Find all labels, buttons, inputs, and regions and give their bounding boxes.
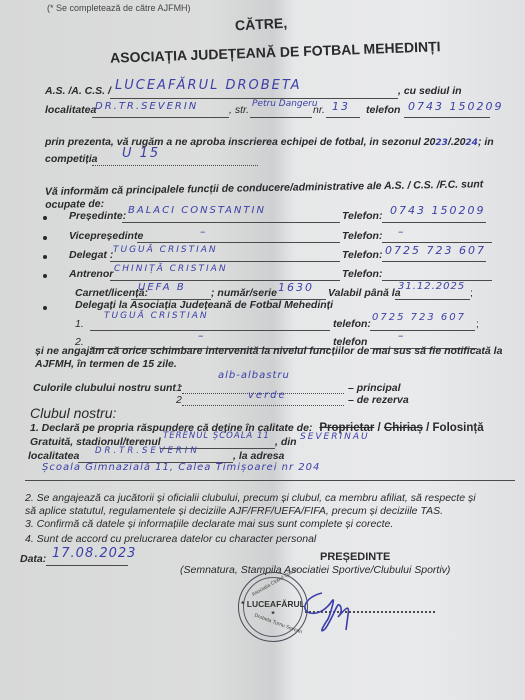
commitment-line-2: AJFMH, în termen de 15 zile. [35,358,177,370]
locality-label: localitatea [45,104,96,116]
delegate-1-index: 1. [75,318,84,330]
from-field[interactable]: SEVERINAU [300,432,370,442]
valid-until-field[interactable]: 31.12.2025 [398,281,465,292]
competition-field[interactable]: U 15 [122,146,160,161]
declaration-4: 4. Sunt de accord cu prelucrarea datelor… [25,533,316,545]
season-separator: /.20 [448,136,466,148]
request-text-after: ; in [478,136,494,148]
as-label: A.S. /A. C.S. / [45,85,111,97]
vice-president-phone-field[interactable]: – [398,225,406,238]
colors-reserve-field[interactable]: verde [248,390,287,401]
president-name-field[interactable]: BALACI CONSTANTIN [128,205,266,216]
role-coach: Antrenor [69,268,113,280]
declaration-2-line-2: să aplice statutul, regulamentele și dec… [25,505,443,517]
from-label: , din [275,436,297,448]
club-section-title: Clubul nostru: [30,405,116,421]
colors-primary-label: – principal [348,382,401,394]
option-separator: / [374,422,384,434]
season-start-field[interactable]: 23 [435,138,448,148]
president-phone-label: Telefon: [342,210,382,222]
delegate-1-name-field[interactable]: TUGUĂ CRISTIAN [104,311,209,321]
license-field[interactable]: UEFA B [138,282,186,293]
president-signature-label: PREȘEDINTE [320,551,390,563]
role-delegate: Delegat : [69,249,113,261]
declaration-2-line-1: 2. Se angajează ca jucătorii și oficiali… [25,492,476,504]
delegate-name-field[interactable]: TUGUĂ CRISTIAN [113,245,218,255]
stadium-field[interactable]: TERENUL ȘCOALA 11 [163,431,270,441]
delegates-title: Delegați la Asociația Județeană de Fotba… [75,299,333,311]
delegate-2-name-field[interactable]: – [198,329,206,342]
valid-end: ; [470,287,473,299]
club-stamp: Asociația Clubul Sportiv * LUCEAFĂRUL * … [238,572,308,642]
locality-2-label: localitatea [28,450,79,462]
serial-field[interactable]: 1630 [278,281,314,294]
coach-phone-label: Telefon: [342,268,382,280]
colors-label: Culorile clubului nostru sunt : [33,382,182,394]
colors-primary-field[interactable]: alb-albastru [218,370,290,381]
street-label: , str. [229,104,249,116]
date-label: Data: [20,553,46,565]
valid-until-label: Valabil până la [328,287,401,299]
signature-caption: (Semnatura, Stampila Asociatiei Sportive… [180,564,450,576]
recipient-label: CĂTRE, [235,15,288,34]
season-end-field[interactable]: 24 [465,138,478,148]
delegate-1-phone-field[interactable]: 0725 723 607 [372,312,466,323]
role-president: Președinte: [69,210,126,222]
delegate-phone-label: Telefon: [342,249,382,261]
number-field[interactable]: 13 [332,100,350,113]
club-name-field[interactable]: LUCEAFĂRUL DROBETA [115,78,302,93]
address-field[interactable]: Școala Gimnazială 11, Calea Timișoarei n… [42,462,320,473]
number-label: nr. [313,104,325,116]
header-note: (* Se completează de către AJFMH) [47,3,191,13]
competition-label: competiția [45,153,98,165]
request-text-before: prin prezenta, vă rugăm a ne aproba insc… [45,136,435,148]
option-separator: / [423,422,433,434]
option-free-use: Folosință [433,422,484,434]
delegate-2-phone-field[interactable]: – [398,329,406,342]
option-tenant: Chiriaș [384,422,423,434]
colors-reserve-index: 2 [176,394,182,406]
commitment-line-1: și ne angajăm că orice schimbare interve… [35,345,502,357]
street-field[interactable]: Petru Dangeru [252,99,318,109]
club-phone-field[interactable]: 0743 150209 [408,100,503,113]
vice-president-name-field[interactable]: – [200,225,208,238]
address-label: , la adresa [233,450,284,462]
request-text: prin prezenta, vă rugăm a ne aproba insc… [45,136,494,148]
seat-label: , cu sediul in [398,85,462,97]
colors-primary-index: 1 [176,382,182,394]
vice-president-phone-label: Telefon: [342,230,382,242]
signature-icon [300,585,380,645]
president-phone-field[interactable]: 0743 150209 [390,204,485,217]
locality-2-field[interactable]: DR.TR.SEVERIN [95,446,200,456]
colors-reserve-label: – de rezerva [348,394,409,406]
date-field[interactable]: 17.08.2023 [52,546,136,561]
locality-field[interactable]: DR.TR.SEVERIN [95,101,198,112]
delegate-1-phone-label: telefon: [333,318,371,330]
stamp-club-name: * LUCEAFĂRUL * [239,599,307,619]
phone-label: telefon [366,104,400,116]
role-vice-president: Vicepreședinte [69,230,143,242]
delegate-1-end: ; [476,318,479,330]
declaration-3: 3. Confirmă că datele și informațiile de… [25,518,393,530]
delegate-phone-field[interactable]: 0725 723 607 [385,244,486,257]
serial-label: ; număr/serie [211,287,277,299]
coach-name-field[interactable]: CHINIȚĂ CRISTIAN [114,264,228,274]
page-title: ASOCIAȚIA JUDEȚEANĂ DE FOTBAL MEHEDINȚI [110,38,441,66]
license-label: Carnet/licență: [75,287,148,299]
